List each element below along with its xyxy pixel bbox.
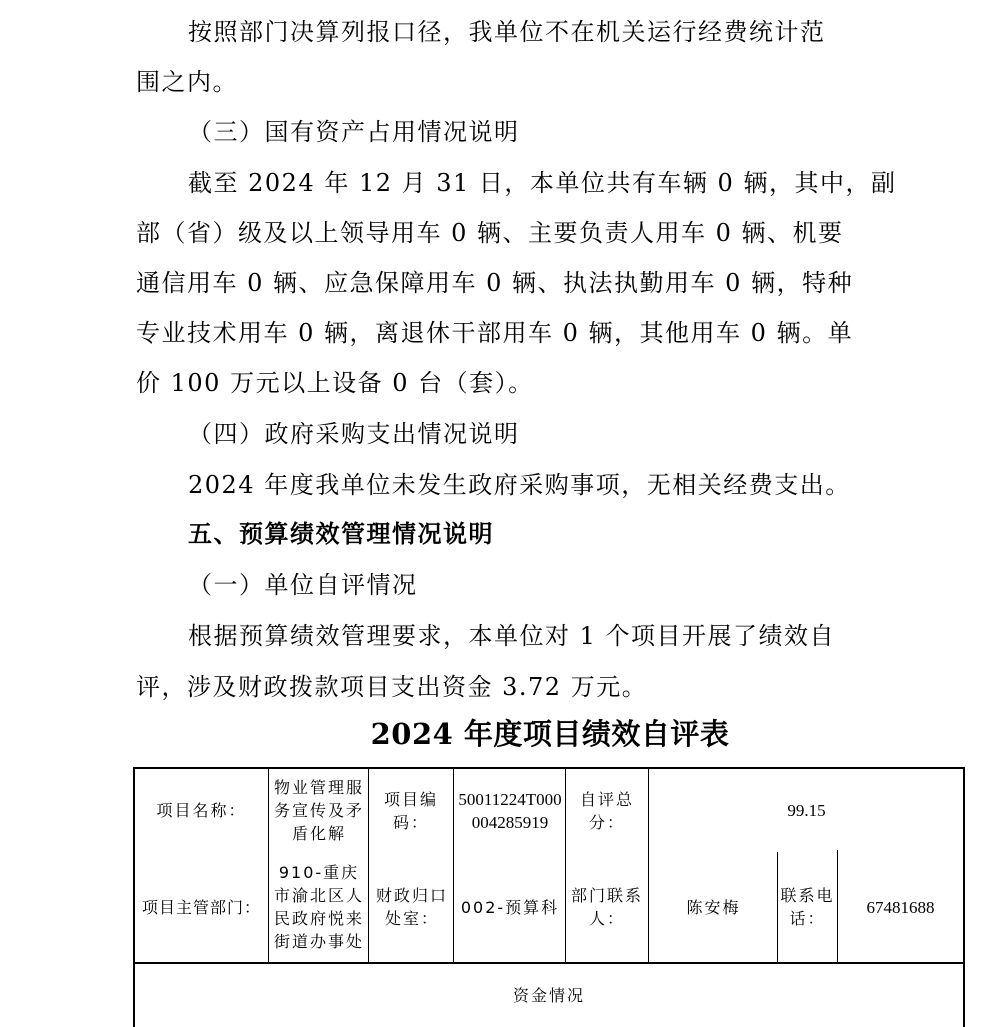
self-evaluation-table: 项目名称： 物业管理服务宣传及矛盾化解 项目编码： 50011224T00000… — [133, 767, 964, 1027]
section-heading: （四）政府采购支出情况说明 — [188, 414, 520, 449]
table-title: 2024 年度项目绩效自评表 — [0, 712, 1000, 753]
project-code-value: 50011224T000004285919 — [455, 769, 565, 852]
paragraph-line: 专业技术用车 0 辆，离退休干部用车 0 辆，其他用车 0 辆。单 — [136, 313, 853, 348]
project-name-value: 物业管理服务宣传及矛盾化解 — [271, 769, 367, 852]
paragraph-line: 截至 2024 年 12 月 31 日，本单位共有车辆 0 辆，其中，副 — [188, 163, 896, 198]
paragraph-line: 2024 年度我单位未发生政府采购事项，无相关经费支出。 — [188, 465, 851, 500]
paragraph-line: 部（省）级及以上领导用车 0 辆、主要负责人用车 0 辆、机要 — [136, 213, 844, 248]
project-code-label: 项目编码： — [375, 769, 447, 852]
phone-value: 67481688 — [838, 852, 963, 962]
finance-office-value: 002-预算科 — [455, 852, 565, 962]
contact-person-label: 部门联系人： — [569, 852, 645, 962]
paragraph-line: 按照部门决算列报口径，我单位不在机关运行经费统计范 — [188, 12, 826, 47]
paragraph-line: 价 100 万元以上设备 0 台（套）。 — [136, 363, 534, 398]
chapter-heading: 五、预算绩效管理情况说明 — [188, 514, 494, 549]
self-score-label: 自评总分： — [575, 769, 639, 852]
paragraph-line: 评，涉及财政拨款项目支出资金 3.72 万元。 — [136, 667, 647, 702]
paragraph-line: 通信用车 0 辆、应急保障用车 0 辆、执法执勤用车 0 辆，特种 — [136, 263, 853, 298]
department-label: 项目主管部门： — [135, 852, 268, 962]
project-name-label: 项目名称： — [135, 769, 268, 852]
self-score-value: 99.15 — [650, 769, 963, 852]
finance-office-label: 财政归口处室： — [371, 852, 453, 962]
paragraph-line: 根据预算绩效管理要求，本单位对 1 个项目开展了绩效自 — [188, 616, 835, 651]
phone-label: 联系电话： — [778, 852, 837, 962]
section-heading: （一）单位自评情况 — [188, 565, 418, 600]
section-heading: （三）国有资产占用情况说明 — [188, 112, 520, 147]
funding-section-header: 资金情况 — [135, 964, 963, 1026]
paragraph-line: 围之内。 — [136, 62, 238, 97]
contact-person-value: 陈安梅 — [650, 852, 777, 962]
department-value: 910-重庆市渝北区人民政府悦来街道办事处 — [271, 852, 367, 962]
